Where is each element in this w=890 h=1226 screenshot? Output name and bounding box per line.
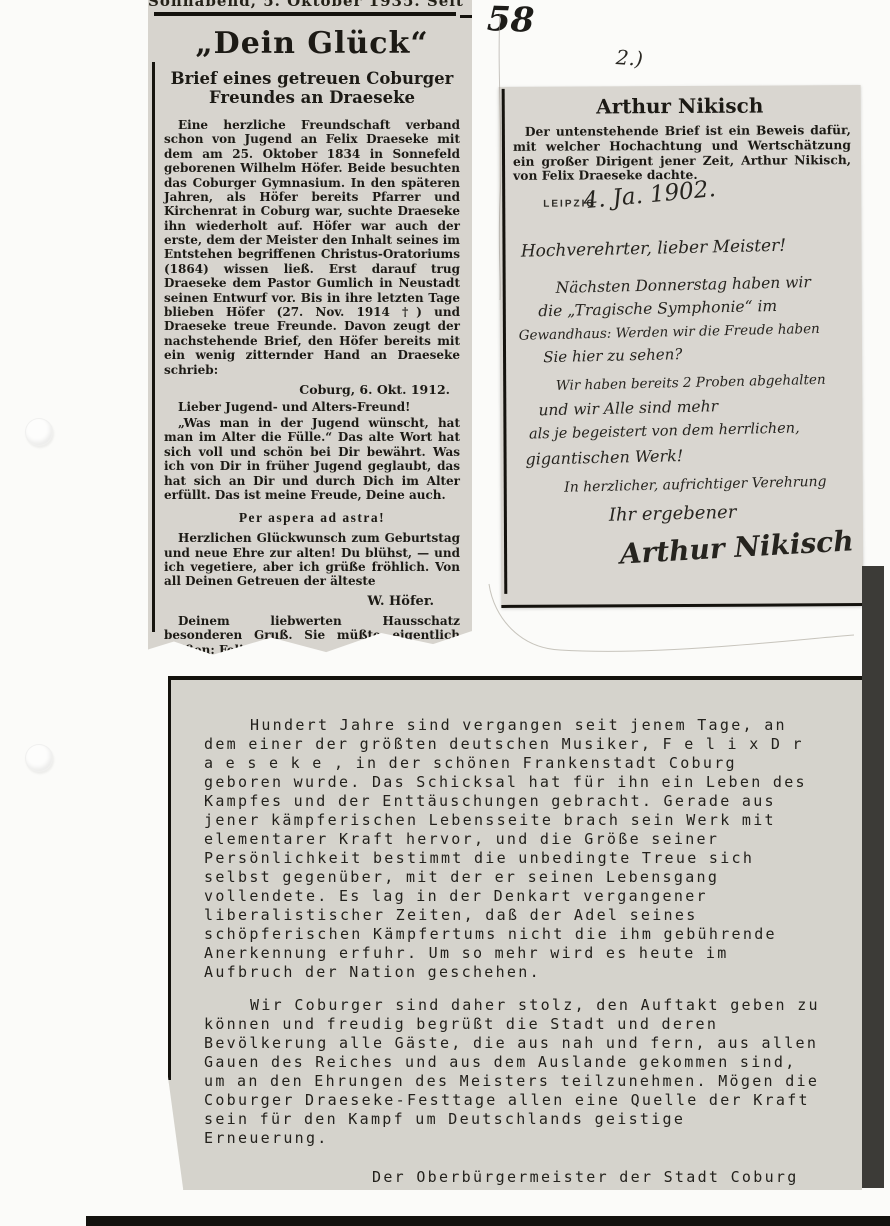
column-rule — [168, 680, 171, 1080]
handwriting-line: Sie hier zu sehen? — [543, 341, 853, 366]
scan-edge-band — [862, 566, 884, 1188]
masthead-strip: Sonnabend, 5. Oktober 1935. Seite 18 — [148, 0, 464, 11]
letter-paragraph-1: „Was man in der Jugend wünscht, hat man … — [164, 416, 460, 502]
dateline: Coburg, 6. Okt. 1912. — [164, 382, 450, 397]
salutation: Lieber Jugend- und Alters-Freund! — [164, 400, 460, 414]
column-rule — [502, 89, 508, 594]
scrapbook-page: Sonnabend, 5. Oktober 1935. Seite 18 „De… — [0, 0, 890, 1226]
handwriting-line: gigantischen Werk! — [525, 442, 855, 468]
typed-paragraph-1: Hundert Jahre sind vergangen seit jenem … — [204, 716, 820, 982]
postscript-paragraph: Deinem liebwerten Hausschatz besonderen … — [164, 614, 460, 657]
handwriting-line: und wir Alle sind mehr — [538, 394, 854, 419]
handwriting-line: die „Tragische Symphonie“ im — [538, 295, 852, 320]
masthead: Sonnabend, 5. Oktober 1935. Seite 18 — [148, 0, 464, 10]
motto: Per aspera ad astra! — [164, 510, 460, 526]
intro-paragraph: Eine herzliche Freundschaft verband scho… — [164, 118, 460, 377]
masthead-rule — [154, 12, 456, 16]
handwriting-line: Hochverehrter, lieber Meister! — [521, 234, 851, 261]
clipping-subtitle: Brief eines getreuen Coburger Freundes a… — [164, 69, 460, 108]
handwriting-line: Gewandhaus: Werden wir die Freude haben — [519, 320, 853, 344]
note-annotation: 2.) — [615, 45, 643, 71]
typed-body: Hundert Jahre sind vergangen seit jenem … — [204, 716, 820, 1210]
punch-hole-bottom — [25, 744, 53, 772]
handwriting-line: Nächsten Donnerstag haben wir — [555, 272, 851, 297]
handwriting-line: Ihr ergebener — [609, 499, 857, 526]
letter-paragraph-2: Herzlichen Glückwunsch zum Geburtstag un… — [164, 531, 460, 589]
typed-signature-line-1: Der Oberbürgermeister der Stadt Coburg — [372, 1168, 820, 1187]
punch-hole-top — [25, 418, 53, 446]
typed-clipping: Hundert Jahre sind vergangen seit jenem … — [168, 676, 862, 1190]
page-number-annotation: 58 — [486, 0, 535, 41]
handwriting-line: Wir haben bereits 2 Proben abgehalten — [556, 371, 854, 394]
clipping-title: „Dein Glück“ — [164, 26, 460, 61]
column-rule — [152, 62, 155, 632]
handwritten-letter: Hochverehrter, lieber Meister! Nächsten … — [515, 234, 858, 569]
nikisch-signature: Arthur Nikisch — [619, 524, 859, 571]
nikisch-intro: Der untenstehende Brief ist ein Beweis d… — [513, 123, 851, 184]
nikisch-clipping: Arthur Nikisch Der untenstehende Brief i… — [499, 85, 864, 608]
handwriting-line: als je begeistert von dem herrlichen, — [529, 419, 855, 442]
handwriting-line: In herzlicher, aufrichtiger Verehrung — [564, 473, 856, 496]
hoefer-signature: W. Höfer. — [164, 594, 434, 609]
scan-bottom-bar — [86, 1216, 890, 1226]
typed-paragraph-2: Wir Coburger sind daher stolz, den Aufta… — [204, 996, 820, 1148]
nikisch-header: Arthur Nikisch — [499, 93, 861, 119]
clipping-body: „Dein Glück“ Brief eines getreuen Coburg… — [164, 24, 460, 725]
masthead-rule-dash — [460, 15, 472, 18]
newspaper-clipping-hoefer: Sonnabend, 5. Oktober 1935. Seite 18 „De… — [148, 0, 472, 660]
typed-signature-line-2: gez. Dr. S C H M I D T — [462, 1191, 820, 1210]
